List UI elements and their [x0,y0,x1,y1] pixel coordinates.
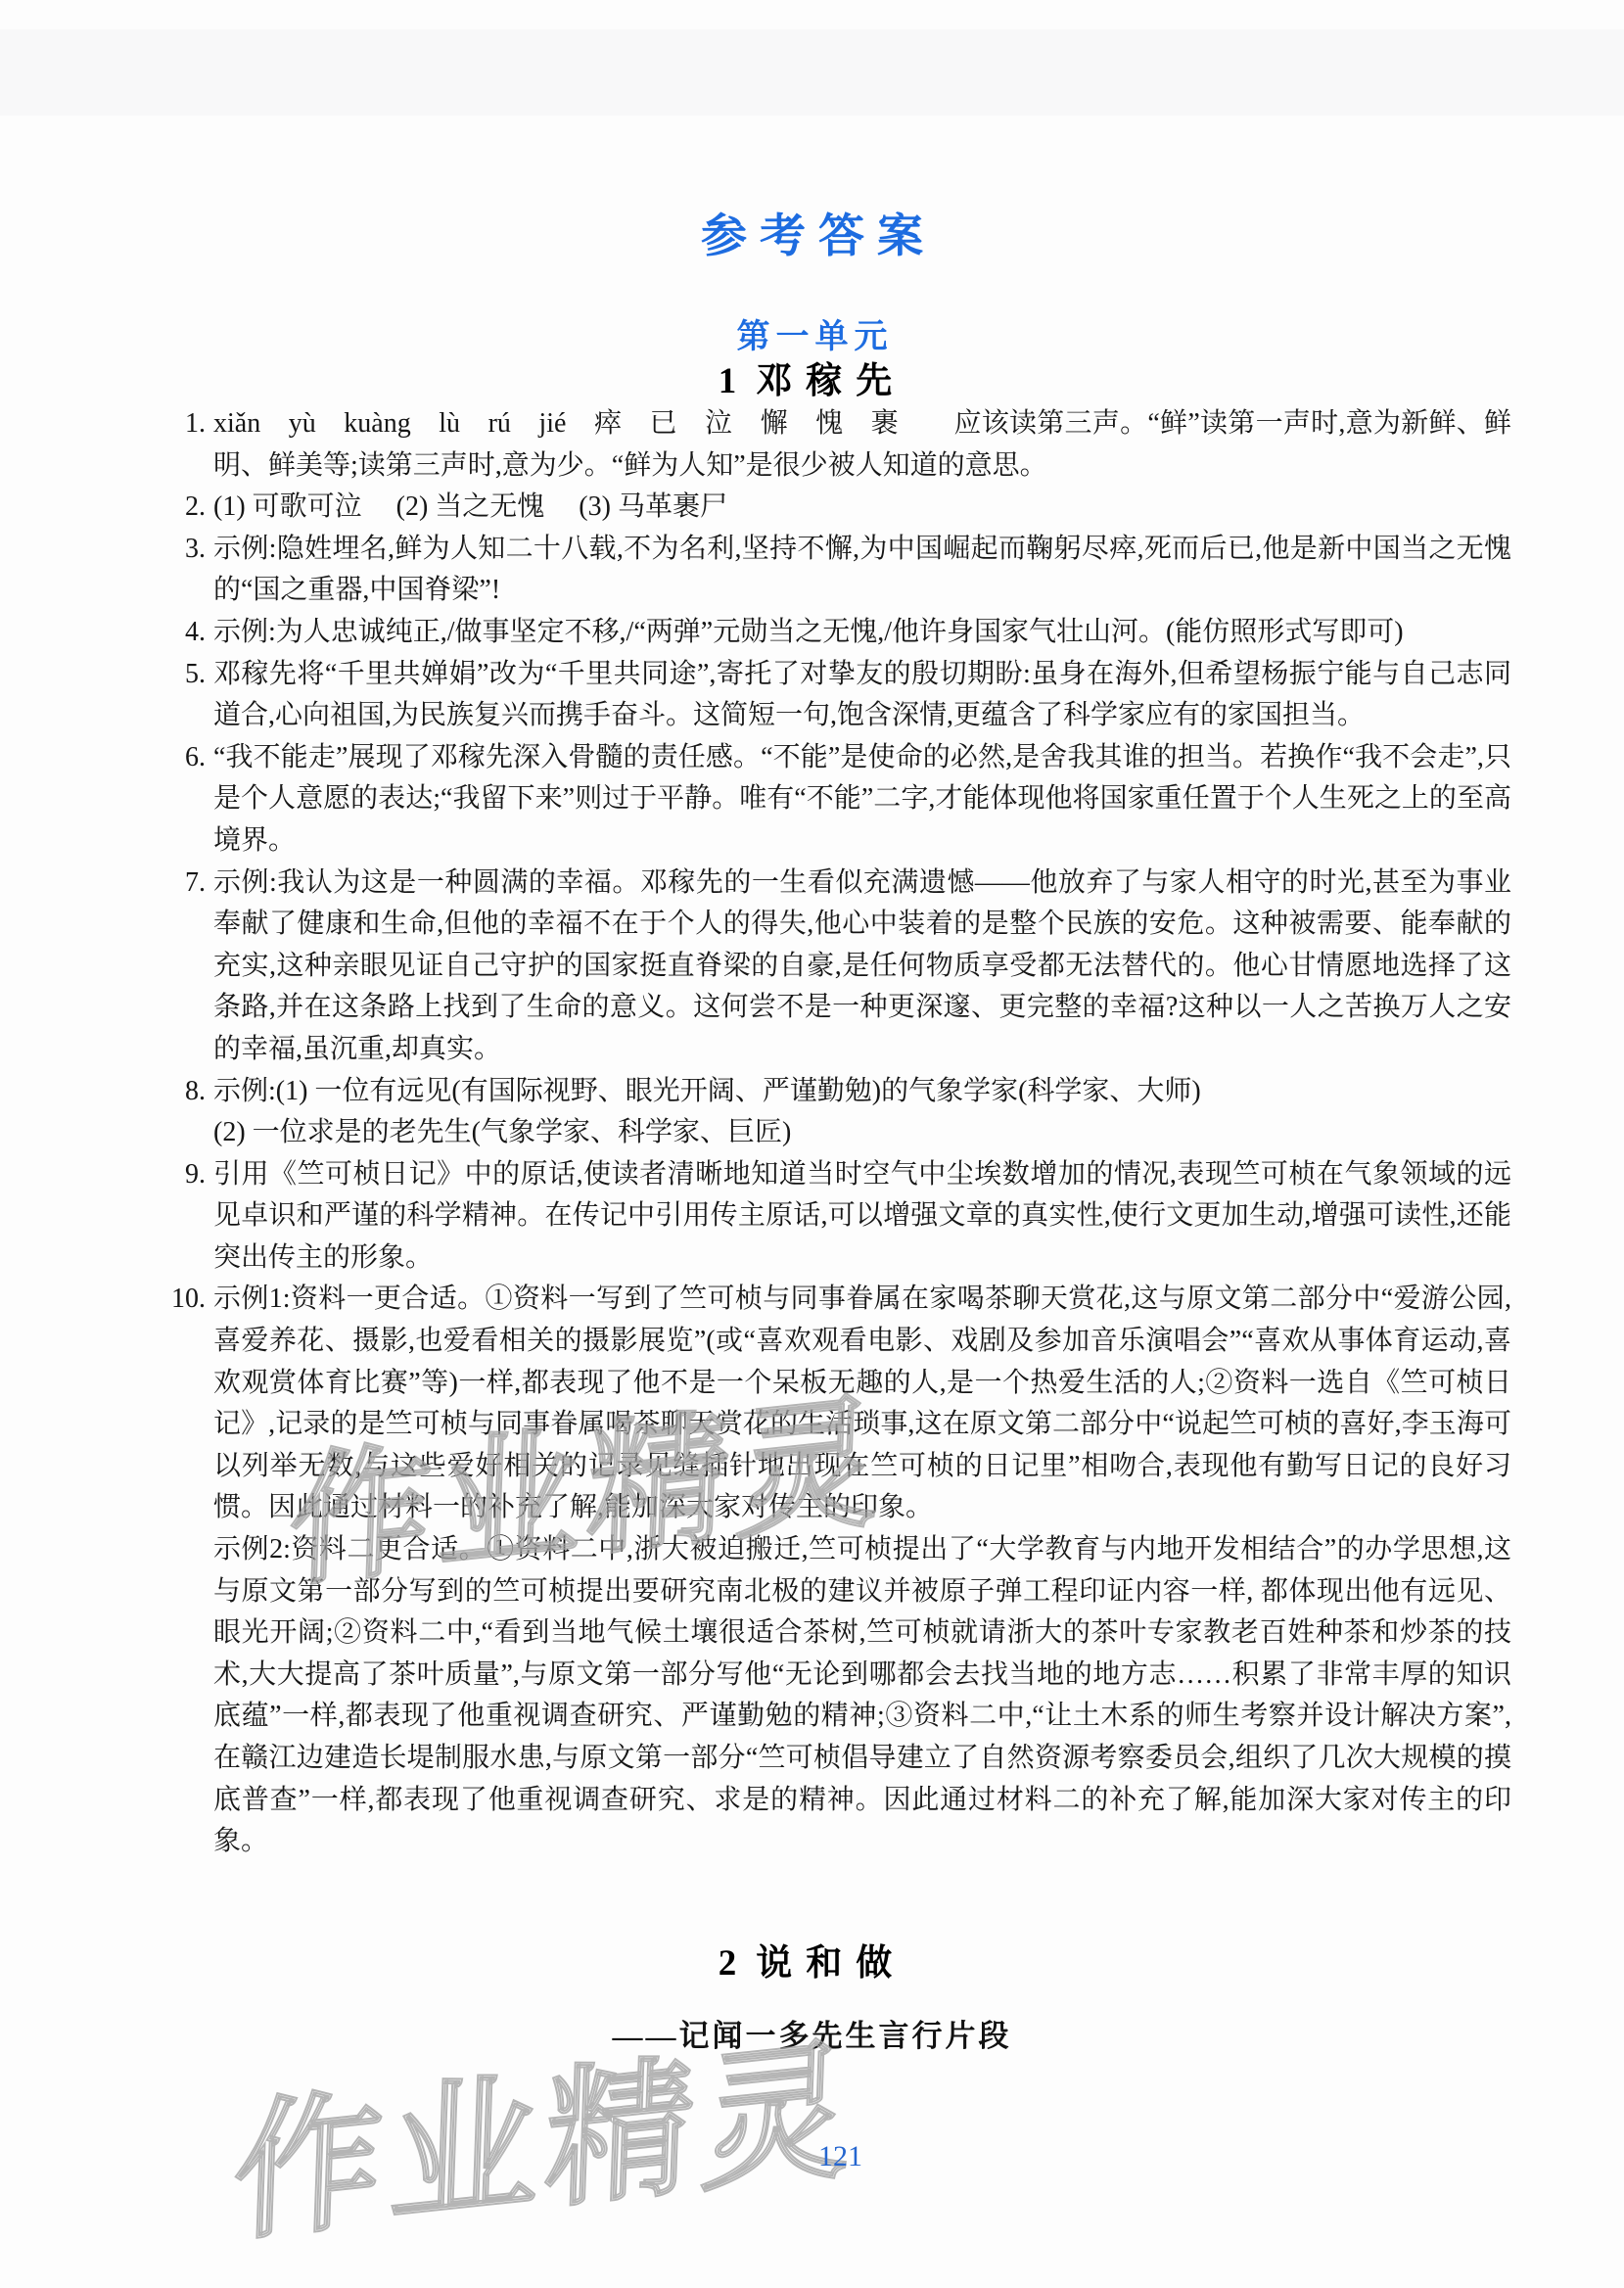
answer-number: 2. [168,487,206,529]
answers-list: 1.xiǎn yù kuàng lù rú jié 瘁 已 泣 懈 愧 裹 应该… [168,403,1511,1863]
answer-paragraph: 引用《竺可桢日记》中的原话,使读者清晰地知道当时空气中尘埃数增加的情况,表现竺可… [213,1154,1511,1280]
lesson2-subtitle: ——记闻一多先生言行片段 [0,2011,1624,2055]
answer-number: 7. [168,863,206,905]
answer-number: 4. [168,612,206,654]
lesson2-title: 说和做 [756,1943,905,1984]
lesson1-title: 邓稼先 [756,361,905,401]
answer-item: 8.示例:(1) 一位有远见(有国际视野、眼光开阔、严谨勤勉)的气象学家(科学家… [168,1071,1511,1154]
lesson1-number: 1 [719,361,737,401]
answer-item: 10.示例1:资料一更合适。①资料一写到了竺可桢与同事眷属在家喝茶聊天赏花,这与… [168,1279,1511,1862]
scan-edge-band [0,29,1624,116]
answer-item: 3.示例:隐姓埋名,鲜为人知二十八载,不为名利,坚持不懈,为中国崛起而鞠躬尽瘁,… [168,529,1511,612]
answer-paragraph: 示例:我认为这是一种圆满的幸福。邓稼先的一生看似充满遗憾——他放弃了与家人相守的… [213,863,1511,1071]
answer-number: 5. [168,654,206,696]
answer-number: 3. [168,529,206,571]
answer-paragraph: 示例:(1) 一位有远见(有国际视野、眼光开阔、严谨勤勉)的气象学家(科学家、大… [213,1071,1511,1113]
answer-paragraph: xiǎn yù kuàng lù rú jié 瘁 已 泣 懈 愧 裹 应该读第… [213,403,1511,487]
answer-item: 9.引用《竺可桢日记》中的原话,使读者清晰地知道当时空气中尘埃数增加的情况,表现… [168,1154,1511,1280]
page-title: 参考答案 [0,200,1624,265]
answer-paragraph: (1) 可歌可泣 (2) 当之无愧 (3) 马革裹尸 [213,487,1511,529]
answer-paragraph: 邓稼先将“千里共婵娟”改为“千里共同途”,寄托了对挚友的殷切期盼:虽身在海外,但… [213,654,1511,737]
answer-paragraph: (2) 一位求是的老先生(气象学家、科学家、巨匠) [213,1112,1511,1154]
answer-item: 6.“我不能走”展现了邓稼先深入骨髓的责任感。“不能”是使命的必然,是舍我其谁的… [168,737,1511,863]
answer-paragraph: 示例:隐姓埋名,鲜为人知二十八载,不为名利,坚持不懈,为中国崛起而鞠躬尽瘁,死而… [213,529,1511,612]
lesson2-number: 2 [719,1943,737,1984]
lesson1-heading: 1邓稼先 [0,350,1624,403]
answer-number: 10. [168,1279,206,1321]
answer-paragraph: “我不能走”展现了邓稼先深入骨髓的责任感。“不能”是使命的必然,是舍我其谁的担当… [213,737,1511,863]
answer-paragraph: 示例2:资料二更合适。①资料二中,浙大被迫搬迁,竺可桢提出了“大学教育与内地开发… [213,1529,1511,1863]
answer-number: 6. [168,737,206,779]
answer-paragraph: 示例:为人忠诚纯正,/做事坚定不移,/“两弹”元勋当之无愧,/他许身国家气壮山河… [213,612,1511,654]
lesson2-heading: 2说和做 [0,1933,1624,1985]
answer-number: 9. [168,1154,206,1196]
answer-item: 2.(1) 可歌可泣 (2) 当之无愧 (3) 马革裹尸 [168,487,1511,529]
answer-item: 7.示例:我认为这是一种圆满的幸福。邓稼先的一生看似充满遗憾——他放弃了与家人相… [168,863,1511,1071]
answer-paragraph: 示例1:资料一更合适。①资料一写到了竺可桢与同事眷属在家喝茶聊天赏花,这与原文第… [213,1279,1511,1529]
answer-item: 5.邓稼先将“千里共婵娟”改为“千里共同途”,寄托了对挚友的殷切期盼:虽身在海外… [168,654,1511,737]
scanned-answer-page: 参考答案 第一单元 1邓稼先 1.xiǎn yù kuàng lù rú jié… [0,0,1624,2288]
answer-number: 8. [168,1071,206,1113]
answer-number: 1. [168,403,206,445]
page-number: 121 [818,2140,862,2173]
answer-item: 4.示例:为人忠诚纯正,/做事坚定不移,/“两弹”元勋当之无愧,/他许身国家气壮… [168,612,1511,654]
answer-item: 1.xiǎn yù kuàng lù rú jié 瘁 已 泣 懈 愧 裹 应该… [168,403,1511,487]
